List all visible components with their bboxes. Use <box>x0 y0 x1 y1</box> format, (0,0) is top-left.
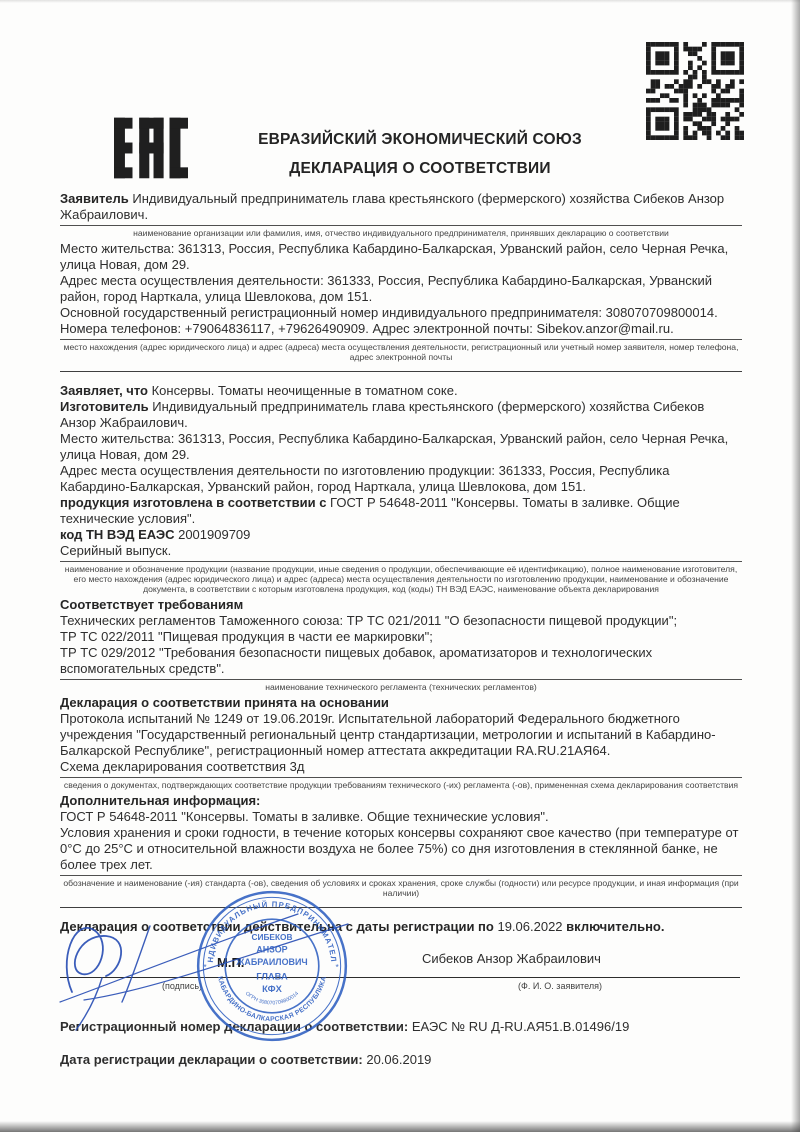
document-sections: Заявитель Индивидуальный предприниматель… <box>60 191 742 935</box>
stamp-star-right: * <box>335 962 339 972</box>
fio-caption: (Ф. И. О. заявителя) <box>475 981 645 991</box>
paragraph: Основной государственный регистрационный… <box>60 305 742 337</box>
paragraph-text: Схема декларирования соответствия 3д <box>60 759 304 774</box>
scan-edge-top <box>0 0 800 3</box>
paragraph: Соответствует требованиям <box>60 597 742 613</box>
paragraph: Схема декларирования соответствия 3д <box>60 759 742 775</box>
paragraph: Место жительства: 361313, Россия, Респуб… <box>60 241 742 273</box>
signature-area: ИНДИВИДУАЛЬНЫЙ ПРЕДПРИНИМАТЕЛЬ КАБАРДИНО… <box>60 940 742 1002</box>
paragraph: Серийный выпуск. <box>60 543 742 559</box>
paragraph: Адрес места осуществления деятельности: … <box>60 273 742 305</box>
union-title: ЕВРАЗИЙСКИЙ ЭКОНОМИЧЕСКИЙ СОЮЗ <box>210 131 630 149</box>
paragraph: Заявитель Индивидуальный предприниматель… <box>60 191 742 223</box>
paragraph-label: Дополнительная информация: <box>60 793 260 808</box>
stamp-center-line: КФХ <box>262 984 283 994</box>
paragraph-text: Протокола испытаний № 1249 от 19.06.2019… <box>60 711 716 758</box>
field-annotation: наименование технического регламента (те… <box>60 679 742 692</box>
paragraph: Место жительства: 361313, Россия, Респуб… <box>60 431 742 463</box>
stamp-center-line: ЖАБРАИЛОВИЧ <box>235 957 307 967</box>
paragraph-text: ГОСТ Р 54648-2011 "Консервы. Томаты в за… <box>60 809 549 824</box>
paragraph-label: Декларация о соответствии принята на осн… <box>60 695 389 710</box>
document-header: ЕВРАЗИЙСКИЙ ЭКОНОМИЧЕСКИЙ СОЮЗ ДЕКЛАРАЦИ… <box>210 131 630 178</box>
paragraph-text: Условия хранения и сроки годности, в теч… <box>60 825 738 872</box>
paragraph-label: Изготовитель <box>60 399 152 414</box>
stamp-star-left: * <box>203 962 207 972</box>
registration-date-line: Дата регистрации декларации о соответств… <box>60 1052 742 1067</box>
paragraph: Протокола испытаний № 1249 от 19.06.2019… <box>60 711 742 759</box>
paragraph: Декларация о соответствии принята на осн… <box>60 695 742 711</box>
paragraph: код ТН ВЭД ЕАЭС 2001909709 <box>60 527 742 543</box>
field-annotation: наименование и обозначение продукции (на… <box>60 561 742 594</box>
paragraph-label: код ТН ВЭД ЕАЭС <box>60 527 178 542</box>
stamp-center-line: СИБЕКОВ <box>251 932 292 942</box>
paragraph-label: Заявитель <box>60 191 132 206</box>
paragraph: Заявляет, что Консервы. Томаты неочищенн… <box>60 383 742 399</box>
paragraph-text: Индивидуальный предприниматель глава кре… <box>60 399 704 430</box>
document-body: Заявитель Индивидуальный предприниматель… <box>60 191 742 1067</box>
paragraph-text: 2001909709 <box>178 527 250 542</box>
paragraph-text: 19.06.2022 <box>497 919 566 934</box>
applicant-name: Сибеков Анзор Жабраилович <box>422 951 601 966</box>
paragraph-text: Адрес места осуществления деятельности п… <box>60 463 670 494</box>
paragraph-text: Серийный выпуск. <box>60 543 171 558</box>
stamp-ring-bottom-text: КАБАРДИНО-БАЛКАРСКАЯ РЕСПУБЛИКА <box>216 976 328 1024</box>
svg-text:КАБАРДИНО-БАЛКАРСКАЯ РЕСПУБЛИК: КАБАРДИНО-БАЛКАРСКАЯ РЕСПУБЛИКА <box>216 976 328 1024</box>
paragraph-label: Заявляет, что <box>60 383 152 398</box>
paragraph-text: Технических регламентов Таможенного союз… <box>60 613 677 628</box>
paragraph: ГОСТ Р 54648-2011 "Консервы. Томаты в за… <box>60 809 742 825</box>
paragraph-text: Адрес места осуществления деятельности: … <box>60 273 712 304</box>
separator-rule <box>60 371 742 372</box>
paragraph-text: Основной государственный регистрационный… <box>60 305 718 336</box>
stamp-center-line: ГЛАВА <box>256 972 288 982</box>
declaration-document: ЕВРАЗИЙСКИЙ ЭКОНОМИЧЕСКИЙ СОЮЗ ДЕКЛАРАЦИ… <box>0 0 800 1132</box>
field-annotation: сведения о документах, подтверждающих со… <box>60 777 742 790</box>
paragraph-text: ТР ТС 029/2012 "Требования безопасности … <box>60 645 652 676</box>
paragraph: Дополнительная информация: <box>60 793 742 809</box>
paragraph-text: Консервы. Томаты неочищенные в томатном … <box>152 383 458 398</box>
paragraph: продукция изготовлена в соответствии с Г… <box>60 495 742 527</box>
paragraph: Изготовитель Индивидуальный предпринимат… <box>60 399 742 431</box>
paragraph: Условия хранения и сроки годности, в теч… <box>60 825 742 873</box>
round-stamp: ИНДИВИДУАЛЬНЫЙ ПРЕДПРИНИМАТЕЛЬ КАБАРДИНО… <box>194 888 350 1044</box>
scan-edge-right <box>791 0 800 1132</box>
paragraph-text: Место жительства: 361313, Россия, Респуб… <box>60 241 728 272</box>
paragraph: ТР ТС 022/2011 "Пищевая продукция в част… <box>60 629 742 645</box>
paragraph: Адрес места осуществления деятельности п… <box>60 463 742 495</box>
field-annotation: наименование организации или фамилия, им… <box>60 225 742 238</box>
qr-code-icon <box>646 42 744 140</box>
paragraph-text: Место жительства: 361313, Россия, Респуб… <box>60 431 728 462</box>
paragraph: ТР ТС 029/2012 "Требования безопасности … <box>60 645 742 677</box>
registration-date-label: Дата регистрации декларации о соответств… <box>60 1052 363 1067</box>
paragraph-text: Индивидуальный предприниматель глава кре… <box>60 191 724 222</box>
stamp-center-line: АНЗОР <box>256 944 287 954</box>
paragraph-text: ТР ТС 022/2011 "Пищевая продукция в част… <box>60 629 433 644</box>
field-annotation: место нахождения (адрес юридического лиц… <box>60 339 742 362</box>
registration-date-value: 20.06.2019 <box>366 1052 431 1067</box>
paragraph-label: Соответствует требованиям <box>60 597 243 612</box>
registration-number-value: ЕАЭС № RU Д-RU.АЯ51.В.01496/19 <box>412 1019 630 1034</box>
paragraph-label: продукция изготовлена в соответствии с <box>60 495 330 510</box>
eac-logo-icon <box>114 112 188 184</box>
paragraph: Технических регламентов Таможенного союз… <box>60 613 742 629</box>
paragraph-label: включительно. <box>566 919 664 934</box>
document-title: ДЕКЛАРАЦИЯ О СООТВЕТСТВИИ <box>210 160 630 178</box>
scan-edge-bottom <box>0 1121 800 1132</box>
